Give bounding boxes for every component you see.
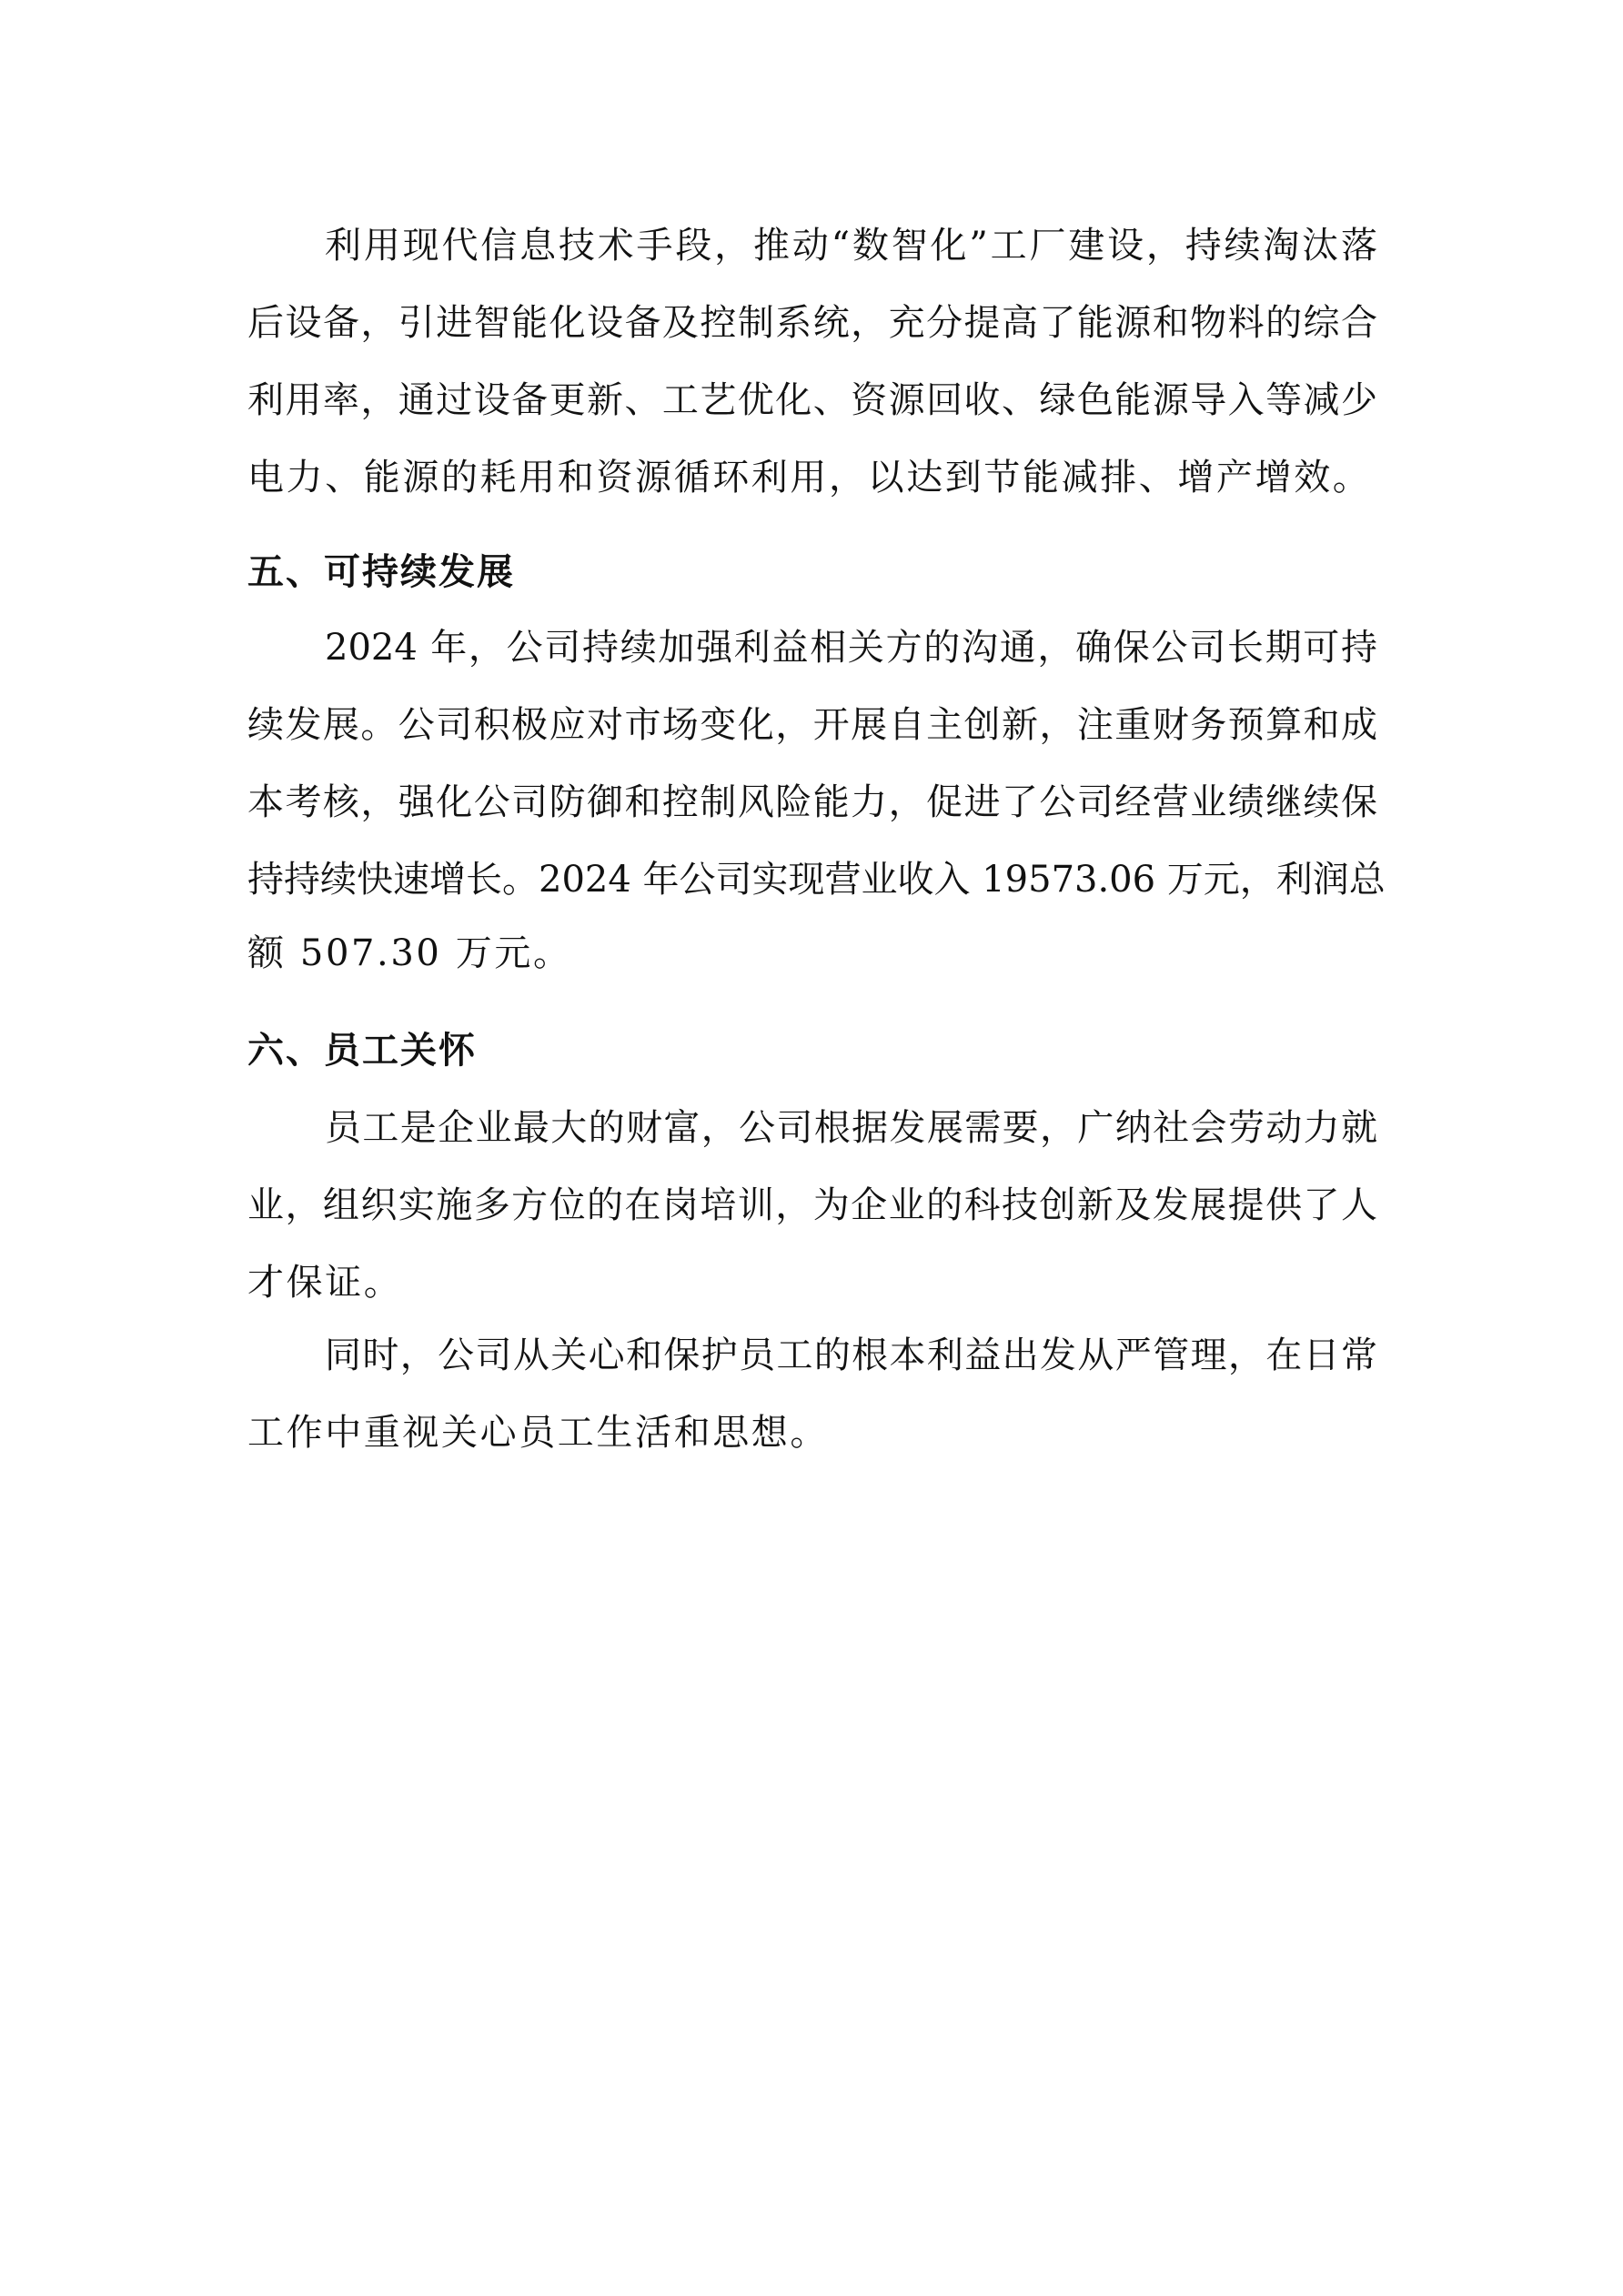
paragraph-3-line-1: 员工是企业最大的财富，公司根据发展需要，广纳社会劳动力就 [325, 1101, 1377, 1155]
paragraph-1-line-2: 后设备，引进智能化设备及控制系统，充分提高了能源和物料的综合 [247, 296, 1377, 350]
paragraph-2-line-3: 本考核，强化公司防御和控制风险能力，促进了公司经营业绩继续保 [247, 775, 1377, 830]
paragraph-4-line-2: 工作中重视关心员工生活和思想。 [247, 1405, 1377, 1460]
paragraph-4-line-1: 同时，公司从关心和保护员工的根本利益出发从严管理，在日常 [325, 1328, 1377, 1383]
paragraph-2-line-1: 2024 年，公司持续加强利益相关方的沟通，确保公司长期可持 [325, 620, 1377, 675]
paragraph-2-line-4: 持持续快速增长。2024 年公司实现营业收入 19573.06 万元，利润总 [247, 852, 1377, 907]
paragraph-1-line-4: 电力、能源的耗用和资源循环利用，以达到节能减排、增产增效。 [247, 450, 1377, 505]
paragraph-1-line-3: 利用率，通过设备更新、工艺优化、资源回收、绿色能源导入等减少 [247, 373, 1377, 428]
section-heading-employee-care: 六、员工关怀 [247, 1023, 477, 1078]
paragraph-2-line-2: 续发展。公司积极应对市场变化，开展自主创新，注重财务预算和成 [247, 698, 1377, 752]
paragraph-1-line-1: 利用现代信息技术手段，推动“数智化”工厂建设，持续淘汰落 [325, 218, 1377, 273]
document-page: 利用现代信息技术手段，推动“数智化”工厂建设，持续淘汰落 后设备，引进智能化设备… [0, 0, 1623, 2296]
paragraph-3-line-2: 业，组织实施多方位的在岗培训，为企业的科技创新及发展提供了人 [247, 1178, 1377, 1233]
paragraph-3-line-3: 才保证。 [247, 1255, 1377, 1310]
paragraph-2-line-5: 额 507.30 万元。 [247, 926, 1377, 981]
section-heading-sustainable-development: 五、可持续发展 [247, 545, 515, 599]
